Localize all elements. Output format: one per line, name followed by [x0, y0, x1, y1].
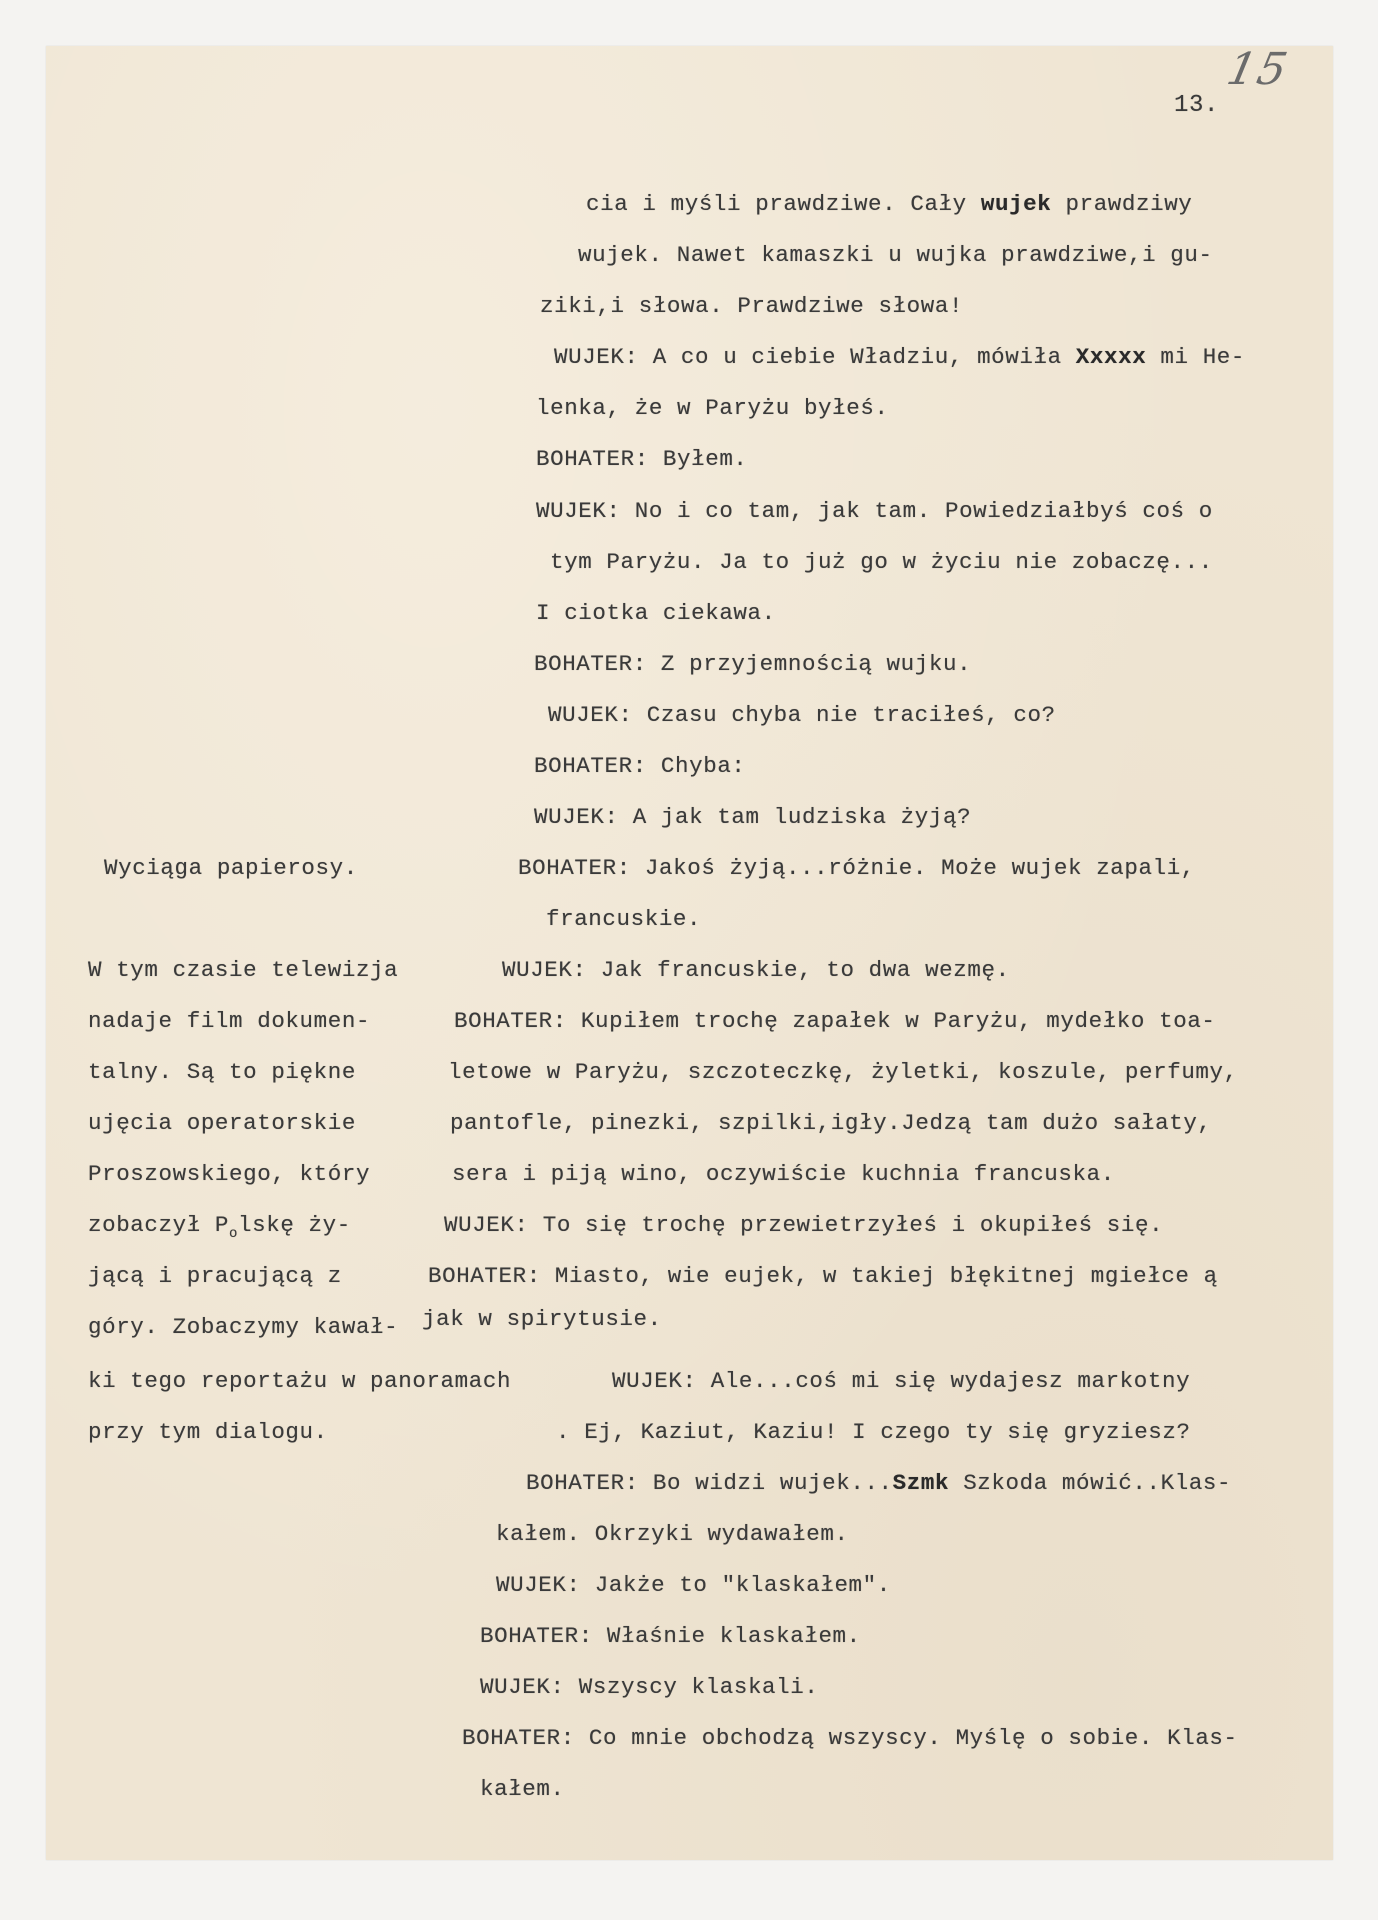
- dialogue-line: WUJEK: A jak tam ludziska żyją?: [534, 806, 971, 829]
- stage-direction-line: ujęcia operatorskie: [88, 1112, 356, 1135]
- dialogue-line: BOHATER: Co mnie obchodzą wszyscy. Myślę…: [462, 1727, 1238, 1750]
- dialogue-line: BOHATER: Właśnie klaskałem.: [480, 1625, 861, 1648]
- dialogue-line: lenka, że w Paryżu byłeś.: [536, 397, 889, 420]
- dialogue-line: WUJEK: No i co tam, jak tam. Powiedziałb…: [536, 500, 1213, 523]
- dialogue-line: WUJEK: Jakże to "klaskałem".: [496, 1574, 891, 1597]
- stage-direction-line: Proszowskiego, który: [88, 1163, 370, 1186]
- stage-direction-line: Wyciąga papierosy.: [104, 857, 358, 880]
- dialogue-line: BOHATER: Miasto, wie eujek, w takiej błę…: [428, 1265, 1218, 1288]
- dialogue-line: WUJEK: Wszyscy klaskali.: [480, 1676, 818, 1699]
- dialogue-line: BOHATER: Jakoś żyją...różnie. Może wujek…: [518, 857, 1195, 880]
- dialogue-line: BOHATER: Kupiłem trochę zapałek w Paryżu…: [454, 1010, 1216, 1033]
- stage-direction-line: talny. Są to piękne: [88, 1061, 356, 1084]
- struck-out-word: Xxxxx: [1076, 344, 1147, 370]
- dialogue-line: BOHATER: Bo widzi wujek...Szmk Szkoda mó…: [526, 1472, 1231, 1495]
- struck-out-word: wujek: [981, 191, 1052, 217]
- dialogue-line: ziki,i słowa. Prawdziwe słowa!: [540, 295, 963, 318]
- dialogue-line: WUJEK: Jak francuskie, to dwa wezmę.: [502, 959, 1010, 982]
- dialogue-line: sera i piją wino, oczywiście kuchnia fra…: [452, 1163, 1115, 1186]
- dialogue-line: BOHATER: Z przyjemnością wujku.: [534, 653, 971, 676]
- dialogue-line: letowe w Paryżu, szczoteczkę, żyletki, k…: [448, 1061, 1238, 1084]
- dialogue-line: tym Paryżu. Ja to już go w życiu nie zob…: [550, 551, 1213, 574]
- stage-direction-line: zobaczył Polskę ży-: [88, 1214, 351, 1241]
- dialogue-line: pantofle, pinezki, szpilki,igły.Jedzą ta…: [450, 1112, 1212, 1135]
- dialogue-line: WUJEK: Czasu chyba nie traciłeś, co?: [548, 704, 1056, 727]
- dialogue-line: kałem. Okrzyki wydawałem.: [496, 1523, 849, 1546]
- dialogue-line: BOHATER: Chyba:: [534, 755, 746, 778]
- dialogue-line: wujek. Nawet kamaszki u wujka prawdziwe,…: [578, 244, 1213, 267]
- typescript-page: 15 13. cia i myśli prawdziwe. Cały wujek…: [46, 46, 1333, 1860]
- dialogue-line: . Ej, Kaziut, Kaziu! I czego ty się gryz…: [556, 1421, 1191, 1444]
- typed-page-number: 13.: [1174, 94, 1219, 118]
- handwritten-page-number: 15: [1223, 44, 1294, 95]
- stage-direction-line: ki tego reportażu w panoramach: [88, 1370, 511, 1393]
- dialogue-line: WUJEK: Ale...coś mi się wydajesz markotn…: [612, 1370, 1190, 1393]
- dialogue-line: francuskie.: [546, 908, 701, 931]
- dialogue-line: BOHATER: Byłem.: [536, 448, 748, 471]
- dialogue-line: I ciotka ciekawa.: [536, 602, 776, 625]
- dialogue-line: kałem.: [480, 1778, 565, 1801]
- stage-direction-line: nadaje film dokumen-: [88, 1010, 370, 1033]
- dialogue-line: WUJEK: A co u ciebie Władziu, mówiła Xxx…: [554, 346, 1245, 369]
- stage-direction-line: W tym czasie telewizja: [88, 959, 398, 982]
- dialogue-line: jak w spirytusie.: [422, 1308, 662, 1331]
- dialogue-line: cia i myśli prawdziwe. Cały wujek prawdz…: [586, 193, 1192, 216]
- dialogue-line: WUJEK: To się trochę przewietrzyłeś i ok…: [444, 1214, 1163, 1237]
- stage-direction-line: jącą i pracującą z: [88, 1265, 342, 1288]
- stage-direction-line: góry. Zobaczymy kawał-: [88, 1316, 398, 1339]
- stage-direction-line: przy tym dialogu.: [88, 1421, 328, 1444]
- struck-out-word: Szmk: [893, 1470, 949, 1496]
